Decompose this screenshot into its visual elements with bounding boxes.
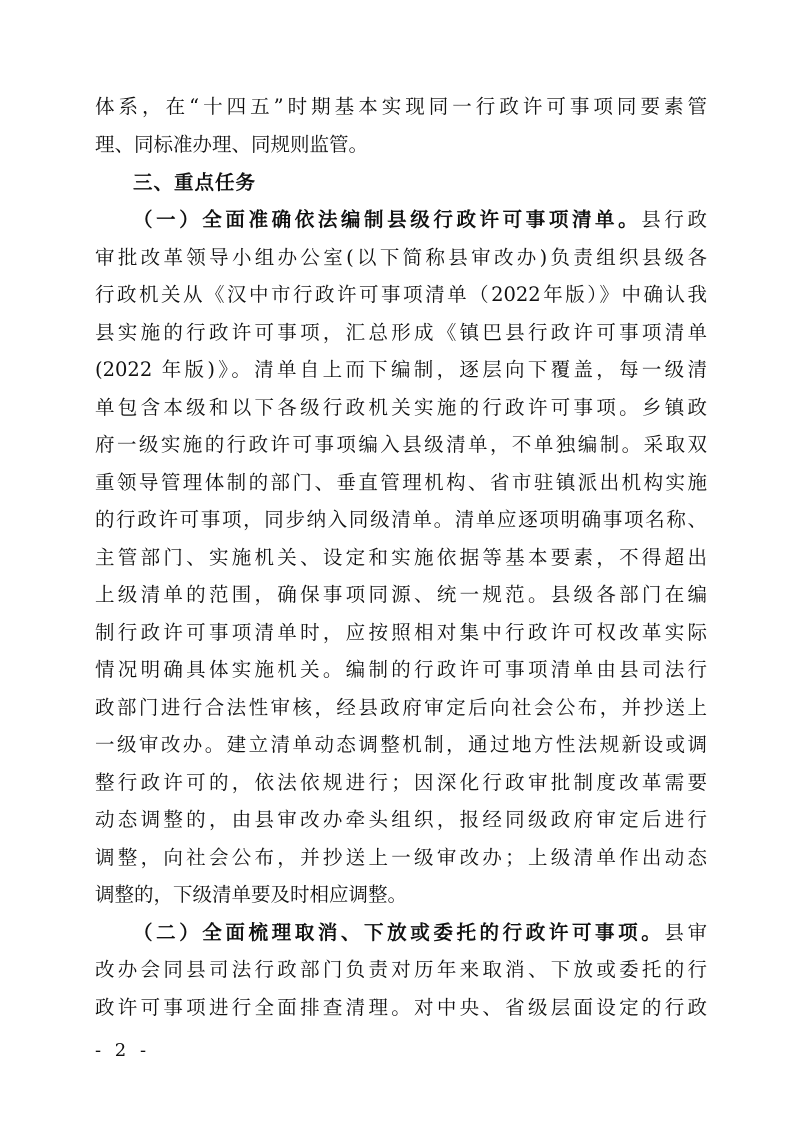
line-text: 县行政 xyxy=(641,208,707,231)
text-line: 调整，向社会公布，并抄送上一级审改办；上级清单作出动态 xyxy=(95,839,707,876)
text-line: 调整的，下级清单要及时相应调整。 xyxy=(95,876,707,913)
text-line: 政许可事项进行全面排查清理。对中央、省级层面设定的行政 xyxy=(95,989,707,1026)
line-text: 三、重点任务 xyxy=(133,171,256,194)
line-text: 政许可事项进行全面排查清理。对中央、省级层面设定的行政 xyxy=(95,996,707,1019)
text-line: 主管部门、实施机关、设定和实施依据等基本要素，不得超出 xyxy=(95,539,707,576)
text-line: 审批改革领导小组办公室(以下简称县审改办)负责组织县级各 xyxy=(95,239,707,276)
line-text: 调整的，下级清单要及时相应调整。 xyxy=(95,883,407,906)
line-text: 政部门进行合法性审核，经县政府审定后向社会公布，并抄送上 xyxy=(95,696,707,719)
line-text: 府一级实施的行政许可事项编入县级清单，不单独编制。采取双 xyxy=(95,433,707,456)
line-text: 体系，在“十四五”时期基本实现同一行政许可事项同要素管 xyxy=(95,95,707,118)
text-line: （一）全面准确依法编制县级行政许可事项清单。县行政 xyxy=(133,201,707,238)
section-heading: 三、重点任务 xyxy=(133,164,256,201)
text-line: 行政机关从《汉中市行政许可事项清单（2022年版）》中确认我 xyxy=(95,276,707,313)
text-line: 一级审改办。建立清单动态调整机制，通过地方性法规新设或调 xyxy=(95,726,707,763)
line-text: 单包含本级和以下各级行政机关实施的行政许可事项。乡镇政 xyxy=(95,396,707,419)
text-line: 重领导管理体制的部门、垂直管理机构、省市驻镇派出机构实施 xyxy=(95,464,707,501)
line-text: 重领导管理体制的部门、垂直管理机构、省市驻镇派出机构实施 xyxy=(95,471,707,494)
text-line: 政部门进行合法性审核，经县政府审定后向社会公布，并抄送上 xyxy=(95,689,707,726)
line-text: 上级清单的范围，确保事项同源、统一规范。县级各部门在编 xyxy=(95,583,707,606)
text-line: 体系，在“十四五”时期基本实现同一行政许可事项同要素管 xyxy=(95,88,707,125)
line-text: 整行政许可的，依法依规进行；因深化行政审批制度改革需要 xyxy=(95,771,707,794)
text-line: 理、同标准办理、同规则监管。 xyxy=(95,126,707,163)
subsection-title: （二）全面梳理取消、下放或委托的行政许可事项。 xyxy=(133,921,664,944)
text-line: 县实施的行政许可事项，汇总形成《镇巴县行政许可事项清单 xyxy=(95,314,707,351)
page-number: - 2 - xyxy=(95,1040,150,1061)
line-text: 县实施的行政许可事项，汇总形成《镇巴县行政许可事项清单 xyxy=(95,321,707,344)
line-text: 情况明确具体实施机关。编制的行政许可事项清单由县司法行 xyxy=(95,658,707,681)
text-line: (2022 年版)》。清单自上而下编制，逐层向下覆盖，每一级清 xyxy=(95,351,707,388)
line-text: 理、同标准办理、同规则监管。 xyxy=(95,133,368,156)
text-line: 改办会同县司法行政部门负责对历年来取消、下放或委托的行 xyxy=(95,951,707,988)
line-text: 的行政许可事项，同步纳入同级清单。清单应逐项明确事项名称、 xyxy=(95,508,707,531)
line-text: 调整，向社会公布，并抄送上一级审改办；上级清单作出动态 xyxy=(95,846,707,869)
line-text: 审批改革领导小组办公室(以下简称县审改办)负责组织县级各 xyxy=(95,246,707,269)
line-text: (2022 年版)》。清单自上而下编制，逐层向下覆盖，每一级清 xyxy=(95,358,707,381)
line-text: 一级审改办。建立清单动态调整机制，通过地方性法规新设或调 xyxy=(95,733,707,756)
text-line: 的行政许可事项，同步纳入同级清单。清单应逐项明确事项名称、 xyxy=(95,501,707,538)
line-text: 县审 xyxy=(664,921,707,944)
text-line: 情况明确具体实施机关。编制的行政许可事项清单由县司法行 xyxy=(95,651,707,688)
text-line: 动态调整的，由县审改办牵头组织，报经同级政府审定后进行 xyxy=(95,801,707,838)
document-page: 体系，在“十四五”时期基本实现同一行政许可事项同要素管理、同标准办理、同规则监管… xyxy=(0,0,793,1122)
line-text: 行政机关从《汉中市行政许可事项清单（2022年版）》中确认我 xyxy=(95,283,707,306)
line-text: 改办会同县司法行政部门负责对历年来取消、下放或委托的行 xyxy=(95,958,707,981)
text-line: 单包含本级和以下各级行政机关实施的行政许可事项。乡镇政 xyxy=(95,389,707,426)
text-line: 上级清单的范围，确保事项同源、统一规范。县级各部门在编 xyxy=(95,576,707,613)
line-text: 制行政许可事项清单时，应按照相对集中行政许可权改革实际 xyxy=(95,621,707,644)
text-line: 制行政许可事项清单时，应按照相对集中行政许可权改革实际 xyxy=(95,614,707,651)
text-line: 整行政许可的，依法依规进行；因深化行政审批制度改革需要 xyxy=(95,764,707,801)
subsection-title: （一）全面准确依法编制县级行政许可事项清单。 xyxy=(133,208,641,231)
text-line: 府一级实施的行政许可事项编入县级清单，不单独编制。采取双 xyxy=(95,426,707,463)
line-text: 动态调整的，由县审改办牵头组织，报经同级政府审定后进行 xyxy=(95,808,707,831)
line-text: 主管部门、实施机关、设定和实施依据等基本要素，不得超出 xyxy=(95,546,707,569)
text-line: （二）全面梳理取消、下放或委托的行政许可事项。县审 xyxy=(133,914,707,951)
